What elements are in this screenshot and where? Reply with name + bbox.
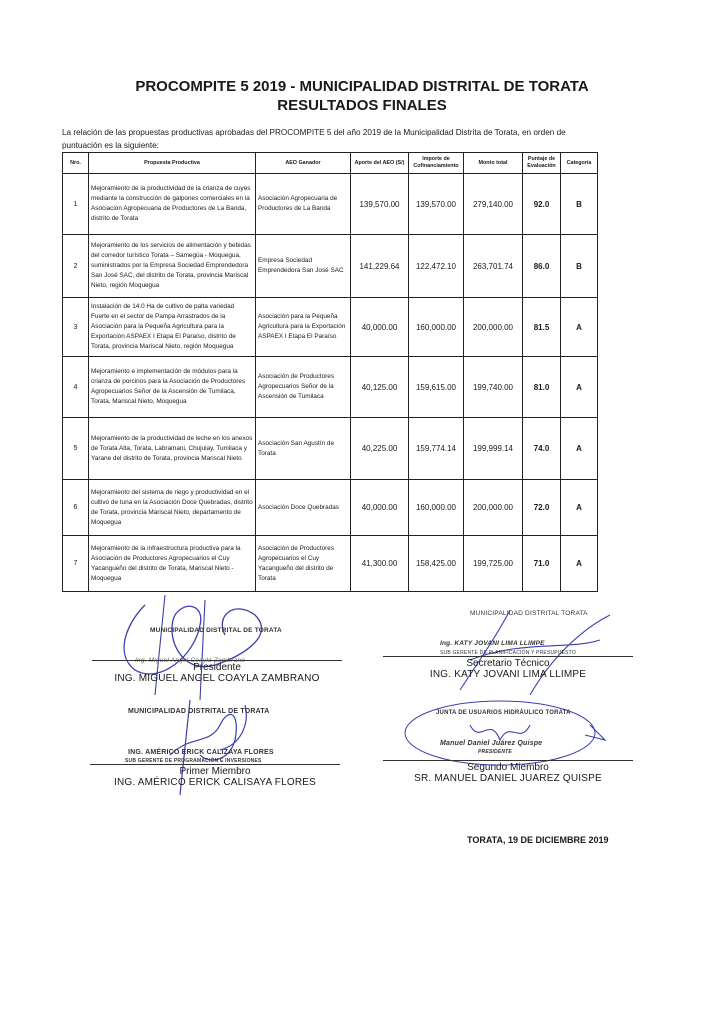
cell-aporte: 40,225.00	[351, 418, 409, 480]
table-header-row: Nro. Propuesta Productiva AEO Ganador Ap…	[63, 153, 598, 174]
cell-aporte: 139,570.00	[351, 174, 409, 235]
cell-aporte: 40,000.00	[351, 480, 409, 536]
cell-monto: 263,701.74	[464, 235, 523, 298]
signature-role: Secretario Técnico	[383, 658, 633, 669]
cell-importe: 122,472.10	[409, 235, 464, 298]
stamp-1: MUNICIPALIDAD DISTRITAL DE TORATA	[150, 627, 282, 634]
cell-aeo: Asociación de Productores Agropecuarios …	[256, 536, 351, 592]
signature-line	[90, 764, 340, 765]
cell-nro: 4	[63, 357, 89, 418]
cell-propuesta: Instalación de 14.0 Ha de cultivo de pal…	[89, 298, 256, 357]
intro-paragraph: La relación de las propuestas productiva…	[62, 126, 602, 152]
cell-importe: 160,000.00	[409, 480, 464, 536]
cell-importe: 159,615.00	[409, 357, 464, 418]
cell-nro: 7	[63, 536, 89, 592]
cell-puntaje: 81.5	[523, 298, 561, 357]
cell-propuesta: Mejoramiento e implementación de módulos…	[89, 357, 256, 418]
cell-aeo: Asociación para la Pequeña Agricultura p…	[256, 298, 351, 357]
cell-propuesta: Mejoramiento de la productividad de lech…	[89, 418, 256, 480]
stamp-sub-4: PRESIDENTE	[478, 749, 512, 755]
cell-puntaje: 74.0	[523, 418, 561, 480]
stamp-name-4: Manuel Daniel Juárez Quispe	[440, 740, 542, 747]
cell-propuesta: Mejoramiento de la productividad de la c…	[89, 174, 256, 235]
cell-nro: 2	[63, 235, 89, 298]
cell-propuesta: Mejoramiento del sistema de riego y prod…	[89, 480, 256, 536]
cell-propuesta: Mejoramiento de la infraestructura produ…	[89, 536, 256, 592]
table-row: 4Mejoramiento e implementación de módulo…	[63, 357, 598, 418]
stamp-3: MUNICIPALIDAD DISTRITAL DE TORATA	[128, 708, 270, 715]
table-row: 2Mejoramiento de los servicios de alimen…	[63, 235, 598, 298]
cell-categoria: A	[561, 298, 598, 357]
cell-monto: 279,140.00	[464, 174, 523, 235]
cell-importe: 159,774.14	[409, 418, 464, 480]
cell-categoria: B	[561, 174, 598, 235]
signature-secretary: Secretario Técnico ING. KATY JOVANI LIMA…	[383, 656, 633, 680]
cell-monto: 199,999.14	[464, 418, 523, 480]
signature-scrawl-1	[105, 595, 285, 705]
cell-aporte: 40,125.00	[351, 357, 409, 418]
table-row: 6Mejoramiento del sistema de riego y pro…	[63, 480, 598, 536]
signature-line	[383, 760, 633, 761]
signature-name: ING. KATY JOVANI LIMA LLIMPE	[383, 669, 633, 680]
signature-first-member: Primer Miembro ING. AMÉRICO ERICK CALISA…	[90, 764, 340, 788]
cell-aeo: Asociación San Agustín de Torata	[256, 418, 351, 480]
signature-president: Presidente ING. MIGUEL ANGEL COAYLA ZAMB…	[92, 660, 342, 684]
document-title: PROCOMPITE 5 2019 - MUNICIPALIDAD DISTRI…	[0, 78, 724, 95]
signature-line	[92, 660, 342, 661]
cell-propuesta: Mejoramiento de los servicios de aliment…	[89, 235, 256, 298]
cell-nro: 3	[63, 298, 89, 357]
table-row: 3Instalación de 14.0 Ha de cultivo de pa…	[63, 298, 598, 357]
header-monto: Monto total	[464, 153, 523, 174]
table-row: 7Mejoramiento de la infraestructura prod…	[63, 536, 598, 592]
cell-nro: 1	[63, 174, 89, 235]
signature-name: ING. MIGUEL ANGEL COAYLA ZAMBRANO	[92, 673, 342, 684]
stamp-name-3: ING. AMÉRICO ERICK CALIZAYA FLORES	[128, 749, 274, 756]
cell-importe: 139,570.00	[409, 174, 464, 235]
cell-monto: 199,740.00	[464, 357, 523, 418]
cell-puntaje: 86.0	[523, 235, 561, 298]
cell-aporte: 41,300.00	[351, 536, 409, 592]
cell-puntaje: 81.0	[523, 357, 561, 418]
cell-nro: 6	[63, 480, 89, 536]
cell-monto: 199,725.00	[464, 536, 523, 592]
signature-line	[383, 656, 633, 657]
cell-monto: 200,000.00	[464, 480, 523, 536]
results-table: Nro. Propuesta Productiva AEO Ganador Ap…	[62, 152, 598, 592]
signature-name: ING. AMÉRICO ERICK CALISAYA FLORES	[90, 777, 340, 788]
cell-categoria: A	[561, 536, 598, 592]
cell-nro: 5	[63, 418, 89, 480]
table-row: 5Mejoramiento de la productividad de lec…	[63, 418, 598, 480]
signature-second-member: Segundo Miembro SR. MANUEL DANIEL JUAREZ…	[383, 760, 633, 784]
cell-aporte: 40,000.00	[351, 298, 409, 357]
stamp-4: JUNTA DE USUARIOS HIDRÁULICO TORATA	[436, 710, 571, 716]
header-aeo: AEO Ganador	[256, 153, 351, 174]
stamp-name-2: Ing. KATY JOVANI LIMA LLIMPE	[440, 640, 545, 647]
document-subtitle: RESULTADOS FINALES	[0, 97, 724, 114]
stamp-2: MUNICIPALIDAD DISTRITAL TORATA	[470, 610, 588, 617]
header-importe: Importe de Cofinanciamiento	[409, 153, 464, 174]
header-puntaje: Puntaje de Evaluación	[523, 153, 561, 174]
cell-aeo: Asociación Doce Quebradas	[256, 480, 351, 536]
cell-categoria: A	[561, 418, 598, 480]
header-aporte: Aporte del AEO (S/)	[351, 153, 409, 174]
cell-importe: 158,425.00	[409, 536, 464, 592]
header-nro: Nro.	[63, 153, 89, 174]
cell-monto: 200,000.00	[464, 298, 523, 357]
cell-puntaje: 92.0	[523, 174, 561, 235]
cell-aporte: 141,229.64	[351, 235, 409, 298]
document-date: TORATA, 19 DE DICIEMBRE 2019	[467, 835, 609, 845]
cell-aeo: Asociación Agropecuaria de Productores d…	[256, 174, 351, 235]
signature-name: SR. MANUEL DANIEL JUAREZ QUISPE	[383, 773, 633, 784]
table-row: 1Mejoramiento de la productividad de la …	[63, 174, 598, 235]
signature-role: Presidente	[92, 662, 342, 673]
cell-categoria: A	[561, 480, 598, 536]
cell-aeo: Empresa Sociedad Emprendedora San José S…	[256, 235, 351, 298]
header-propuesta: Propuesta Productiva	[89, 153, 256, 174]
signature-role: Primer Miembro	[90, 766, 340, 777]
cell-puntaje: 72.0	[523, 480, 561, 536]
cell-puntaje: 71.0	[523, 536, 561, 592]
cell-categoria: B	[561, 235, 598, 298]
cell-categoria: A	[561, 357, 598, 418]
signature-role: Segundo Miembro	[383, 762, 633, 773]
cell-aeo: Asociación de Productores Agropecuarios …	[256, 357, 351, 418]
cell-importe: 160,000.00	[409, 298, 464, 357]
header-categoria: Categoría	[561, 153, 598, 174]
